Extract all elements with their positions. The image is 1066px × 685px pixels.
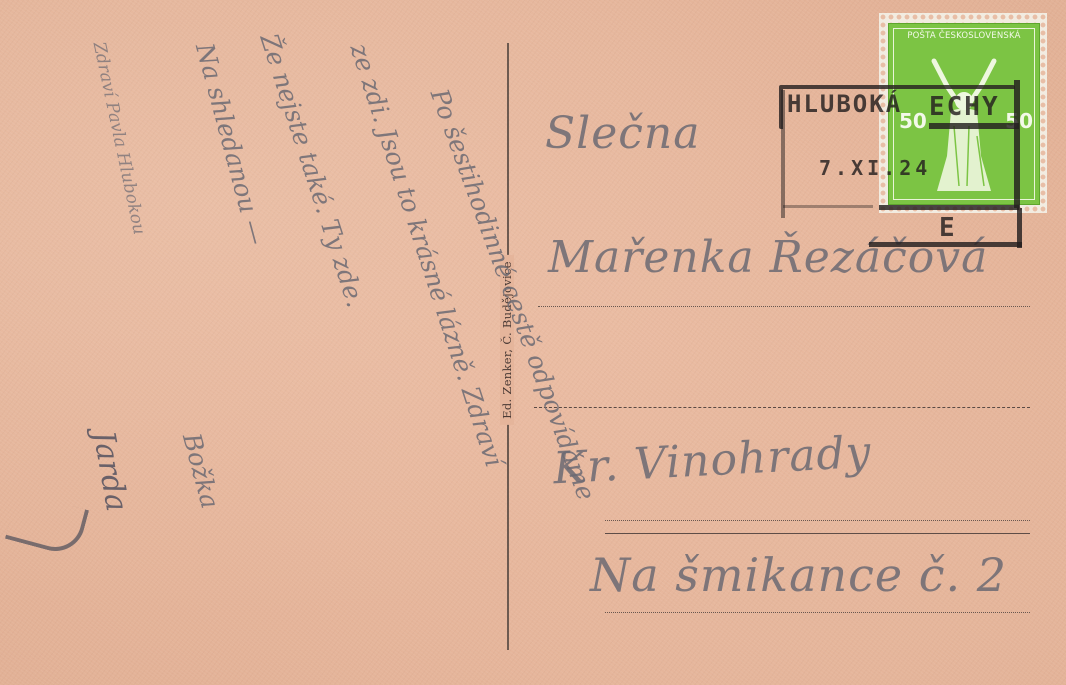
- signature-hook: [5, 491, 89, 557]
- address-line-4: [605, 533, 1030, 534]
- address-salutation: Slečna: [545, 108, 700, 159]
- address-line-3: [605, 520, 1030, 521]
- margin-note: Zdraví Pavla Hlubokou: [79, 38, 164, 262]
- address-name: Mařenka Řezáčová: [548, 232, 988, 283]
- signature-left: Jarda: [86, 428, 135, 514]
- message-line-5: Božka: [177, 430, 225, 512]
- stamp-face: POŠTA ČESKOSLOVENSKÁ 50 50: [888, 23, 1040, 205]
- allegory-figure-icon: [929, 46, 999, 196]
- postcard: Ed. Zenker, Č. Budějovice Slečna Mařenka…: [0, 0, 1066, 685]
- address-street: Na šmikance č. 2: [590, 548, 1007, 602]
- stamp-country: POŠTA ČESKOSLOVENSKÁ: [889, 31, 1039, 41]
- address-line-1: [538, 306, 1030, 307]
- postage-stamp: POŠTA ČESKOSLOVENSKÁ 50 50: [879, 13, 1047, 213]
- address-district: Kr. Vinohrady: [552, 427, 873, 495]
- address-line-2: [534, 407, 1030, 408]
- message-line-4: Na shledanou —: [190, 40, 272, 248]
- address-line-5: [605, 612, 1030, 613]
- stamp-value-left: 50: [899, 109, 927, 133]
- stamp-value-right: 50: [1005, 109, 1033, 133]
